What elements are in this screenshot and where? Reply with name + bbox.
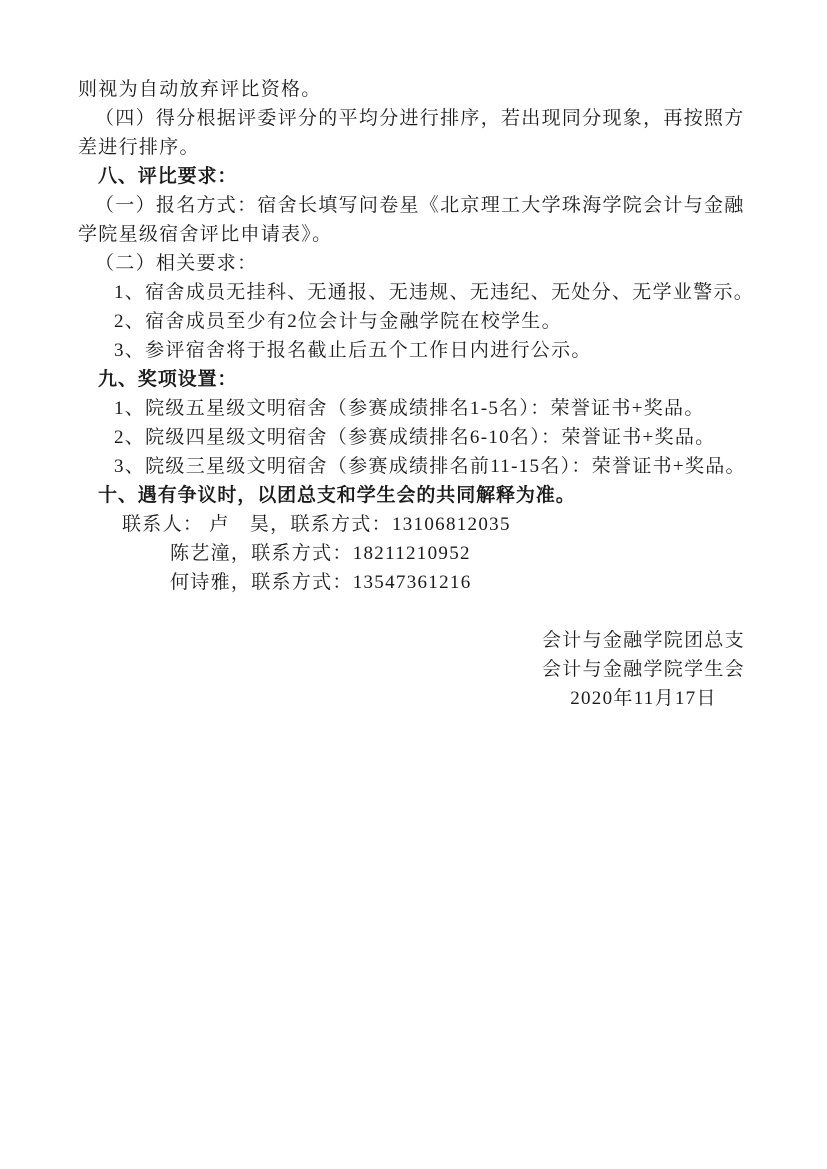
list-item: 1、院级五星级文明宿舍（参赛成绩排名1-5名）：荣誉证书+奖品。 [78, 394, 784, 423]
signature-block: 会计与金融学院团总支 会计与金融学院学生会 2020年11月17日 [542, 626, 745, 713]
signature-org-line: 会计与金融学院学生会 [542, 655, 745, 684]
list-item: 2、宿舍成员至少有2位会计与金融学院在校学生。 [78, 307, 784, 336]
paragraph-line: 则视为自动放弃评比资格。 [78, 75, 784, 104]
contact-line: 陈艺潼，联系方式：18211210952 [78, 539, 784, 568]
paragraph-line: （二）相关要求： [78, 249, 784, 278]
document-page: 则视为自动放弃评比资格。 （四）得分根据评委评分的平均分进行排序，若出现同分现象… [0, 0, 827, 1169]
section-heading-10: 十、遇有争议时，以团总支和学生会的共同解释为准。 [78, 481, 784, 510]
list-item: 1、宿舍成员无挂科、无通报、无违规、无违纪、无处分、无学业警示。 [78, 278, 784, 307]
contact-line: 联系人： 卢 昊，联系方式：13106812035 [78, 510, 784, 539]
signature-org-line: 会计与金融学院团总支 [542, 626, 745, 655]
list-item: 2、院级四星级文明宿舍（参赛成绩排名6-10名）：荣誉证书+奖品。 [78, 423, 784, 452]
paragraph-line: （四）得分根据评委评分的平均分进行排序，若出现同分现象，再按照方 [78, 104, 784, 133]
contact-line: 何诗雅，联系方式：13547361216 [78, 568, 784, 597]
list-item: 3、院级三星级文明宿舍（参赛成绩排名前11-15名）：荣誉证书+奖品。 [78, 452, 784, 481]
paragraph-line: 差进行排序。 [78, 133, 784, 162]
paragraph-line: （一）报名方式：宿舍长填写问卷星《北京理工大学珠海学院会计与金融 [78, 191, 784, 220]
signature-date: 2020年11月17日 [542, 684, 745, 713]
list-item: 3、参评宿舍将于报名截止后五个工作日内进行公示。 [78, 336, 784, 365]
section-heading-9: 九、奖项设置： [78, 365, 784, 394]
document-body: 则视为自动放弃评比资格。 （四）得分根据评委评分的平均分进行排序，若出现同分现象… [78, 75, 784, 597]
paragraph-line: 学院星级宿舍评比申请表》。 [78, 220, 784, 249]
section-heading-8: 八、评比要求： [78, 162, 784, 191]
